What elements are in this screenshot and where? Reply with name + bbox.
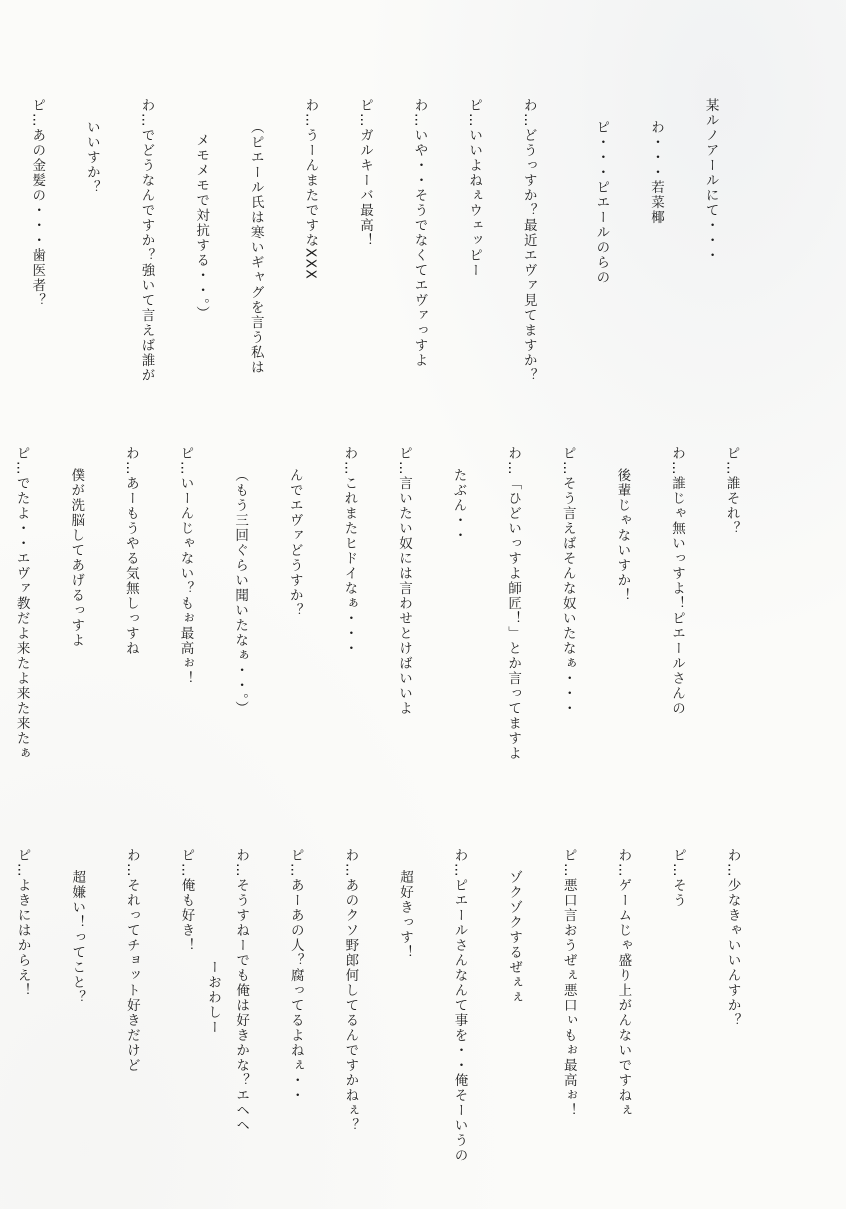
dialogue-line: ピ…言いたい奴には言わせとけばいいよ xyxy=(395,446,413,786)
dialogue-line: わ…ピエールさんなんて事を・・俺そーいうの xyxy=(450,848,468,1188)
dialogue-line: ピ…俺も好き！ xyxy=(177,848,195,1188)
dialogue-line: わ…これまたヒドイなぁ・・・ xyxy=(340,446,358,786)
scene-heading: 某ルノアールにて・・・ xyxy=(701,98,719,428)
dialogue-line: （ピエール氏は寒いギャグを言う私は xyxy=(247,98,265,428)
dialogue-line: ピ・・・ピエールのらの xyxy=(592,98,610,428)
dialogue-line: 僕が洗脳してあげるっすよ xyxy=(67,446,85,786)
dialogue-line: んでエヴァどうすか？ xyxy=(286,446,304,786)
dialogue-line: 超嫌い！ってこと？ xyxy=(68,848,86,1188)
ending-mark: ーおわしー xyxy=(203,960,223,1035)
dialogue-line: ピ…そう xyxy=(669,848,687,1188)
dialogue-line: わ…それってチョット好きだけど xyxy=(123,848,141,1188)
dialogue-line: ピ…誰それ？ xyxy=(722,446,740,786)
dialogue-line: ピ…いいよねぇウェッピー xyxy=(465,98,483,428)
dialogue-line: わ…あーもうやる気無しっすね xyxy=(122,446,140,786)
dialogue-line: ピ…でたよ・・エヴァ教だよ来たよ来た来たぁ xyxy=(12,446,30,786)
dialogue-line: メモメモで対抗する・・。） xyxy=(192,98,210,428)
dialogue-line: ピ…そう言えばそんな奴いたなぁ・・・ xyxy=(559,446,577,786)
scanned-page: 某ルノアールにて・・・ わ・・・若菜椰 ピ・・・ピエールのらの わ…どうっすか？… xyxy=(0,0,846,1209)
dialogue-line: わ…少なきゃいいんすか？ xyxy=(723,848,741,1188)
dialogue-line: （もう三回ぐらい聞いたなぁ・・。） xyxy=(231,446,249,786)
dialogue-line: ピ…悪口言おうぜぇ悪口ぃもぉ最高ぉ！ xyxy=(560,848,578,1188)
dialogue-block-middle: ピ…誰それ？ わ…誰じゃ無いっすよ！ピエールさんの 後輩じゃないすか！ ピ…そう… xyxy=(0,446,777,786)
dialogue-line: ピ…いーんじゃない？もぉ最高ぉ！ xyxy=(176,446,194,786)
dialogue-line: わ…あのクソ野郎何してるんですかねぇ？ xyxy=(341,848,359,1188)
dialogue-line: わ…どうっすか？最近エヴァ見てますか？ xyxy=(520,98,538,428)
dialogue-line: 後輩じゃないすか！ xyxy=(613,446,631,786)
dialogue-line: わ…でどうなんですか？強いて言えば誰が xyxy=(137,98,155,428)
dialogue-line: ピ…あーあの人？腐ってるよねぇ・・ xyxy=(287,848,305,1188)
dialogue-line: ピ…よきにはからえ！ xyxy=(13,848,31,1188)
dialogue-line: わ・・・若菜椰 xyxy=(647,98,665,428)
dialogue-line: わ…そうすねーでも俺は好きかな？エヘヘ xyxy=(232,848,250,1188)
dialogue-line: いいすか？ xyxy=(83,98,101,428)
dialogue-line: わ…誰じゃ無いっすよ！ピエールさんの xyxy=(668,446,686,786)
dialogue-line: わ…いや・・そうでなくてエヴァっすよ xyxy=(410,98,428,428)
dialogue-block-top: 某ルノアールにて・・・ わ・・・若菜椰 ピ・・・ピエールのらの わ…どうっすか？… xyxy=(0,98,756,428)
dialogue-block-bottom: わ…少なきゃいいんすか？ ピ…そう わ…ゲームじゃ盛り上がんないですねぇ ピ…悪… xyxy=(0,848,778,1188)
dialogue-line: 超好きっす！ xyxy=(396,848,414,1188)
dialogue-line: わ…ゲームじゃ盛り上がんないですねぇ xyxy=(614,848,632,1188)
dialogue-line: ゾクゾクするぜぇぇ xyxy=(505,848,523,1188)
dialogue-line: ピ…ガルキーバ最高！ xyxy=(356,98,374,428)
dialogue-line: わ…「ひどいっすよ師匠！」とか言ってますよ xyxy=(504,446,522,786)
dialogue-line: たぶん・・ xyxy=(449,446,467,786)
dialogue-line: ピ…あの金髪の・・・歯医者？ xyxy=(28,98,46,428)
dialogue-line: わ…うーんまたですなXXX xyxy=(301,98,319,428)
